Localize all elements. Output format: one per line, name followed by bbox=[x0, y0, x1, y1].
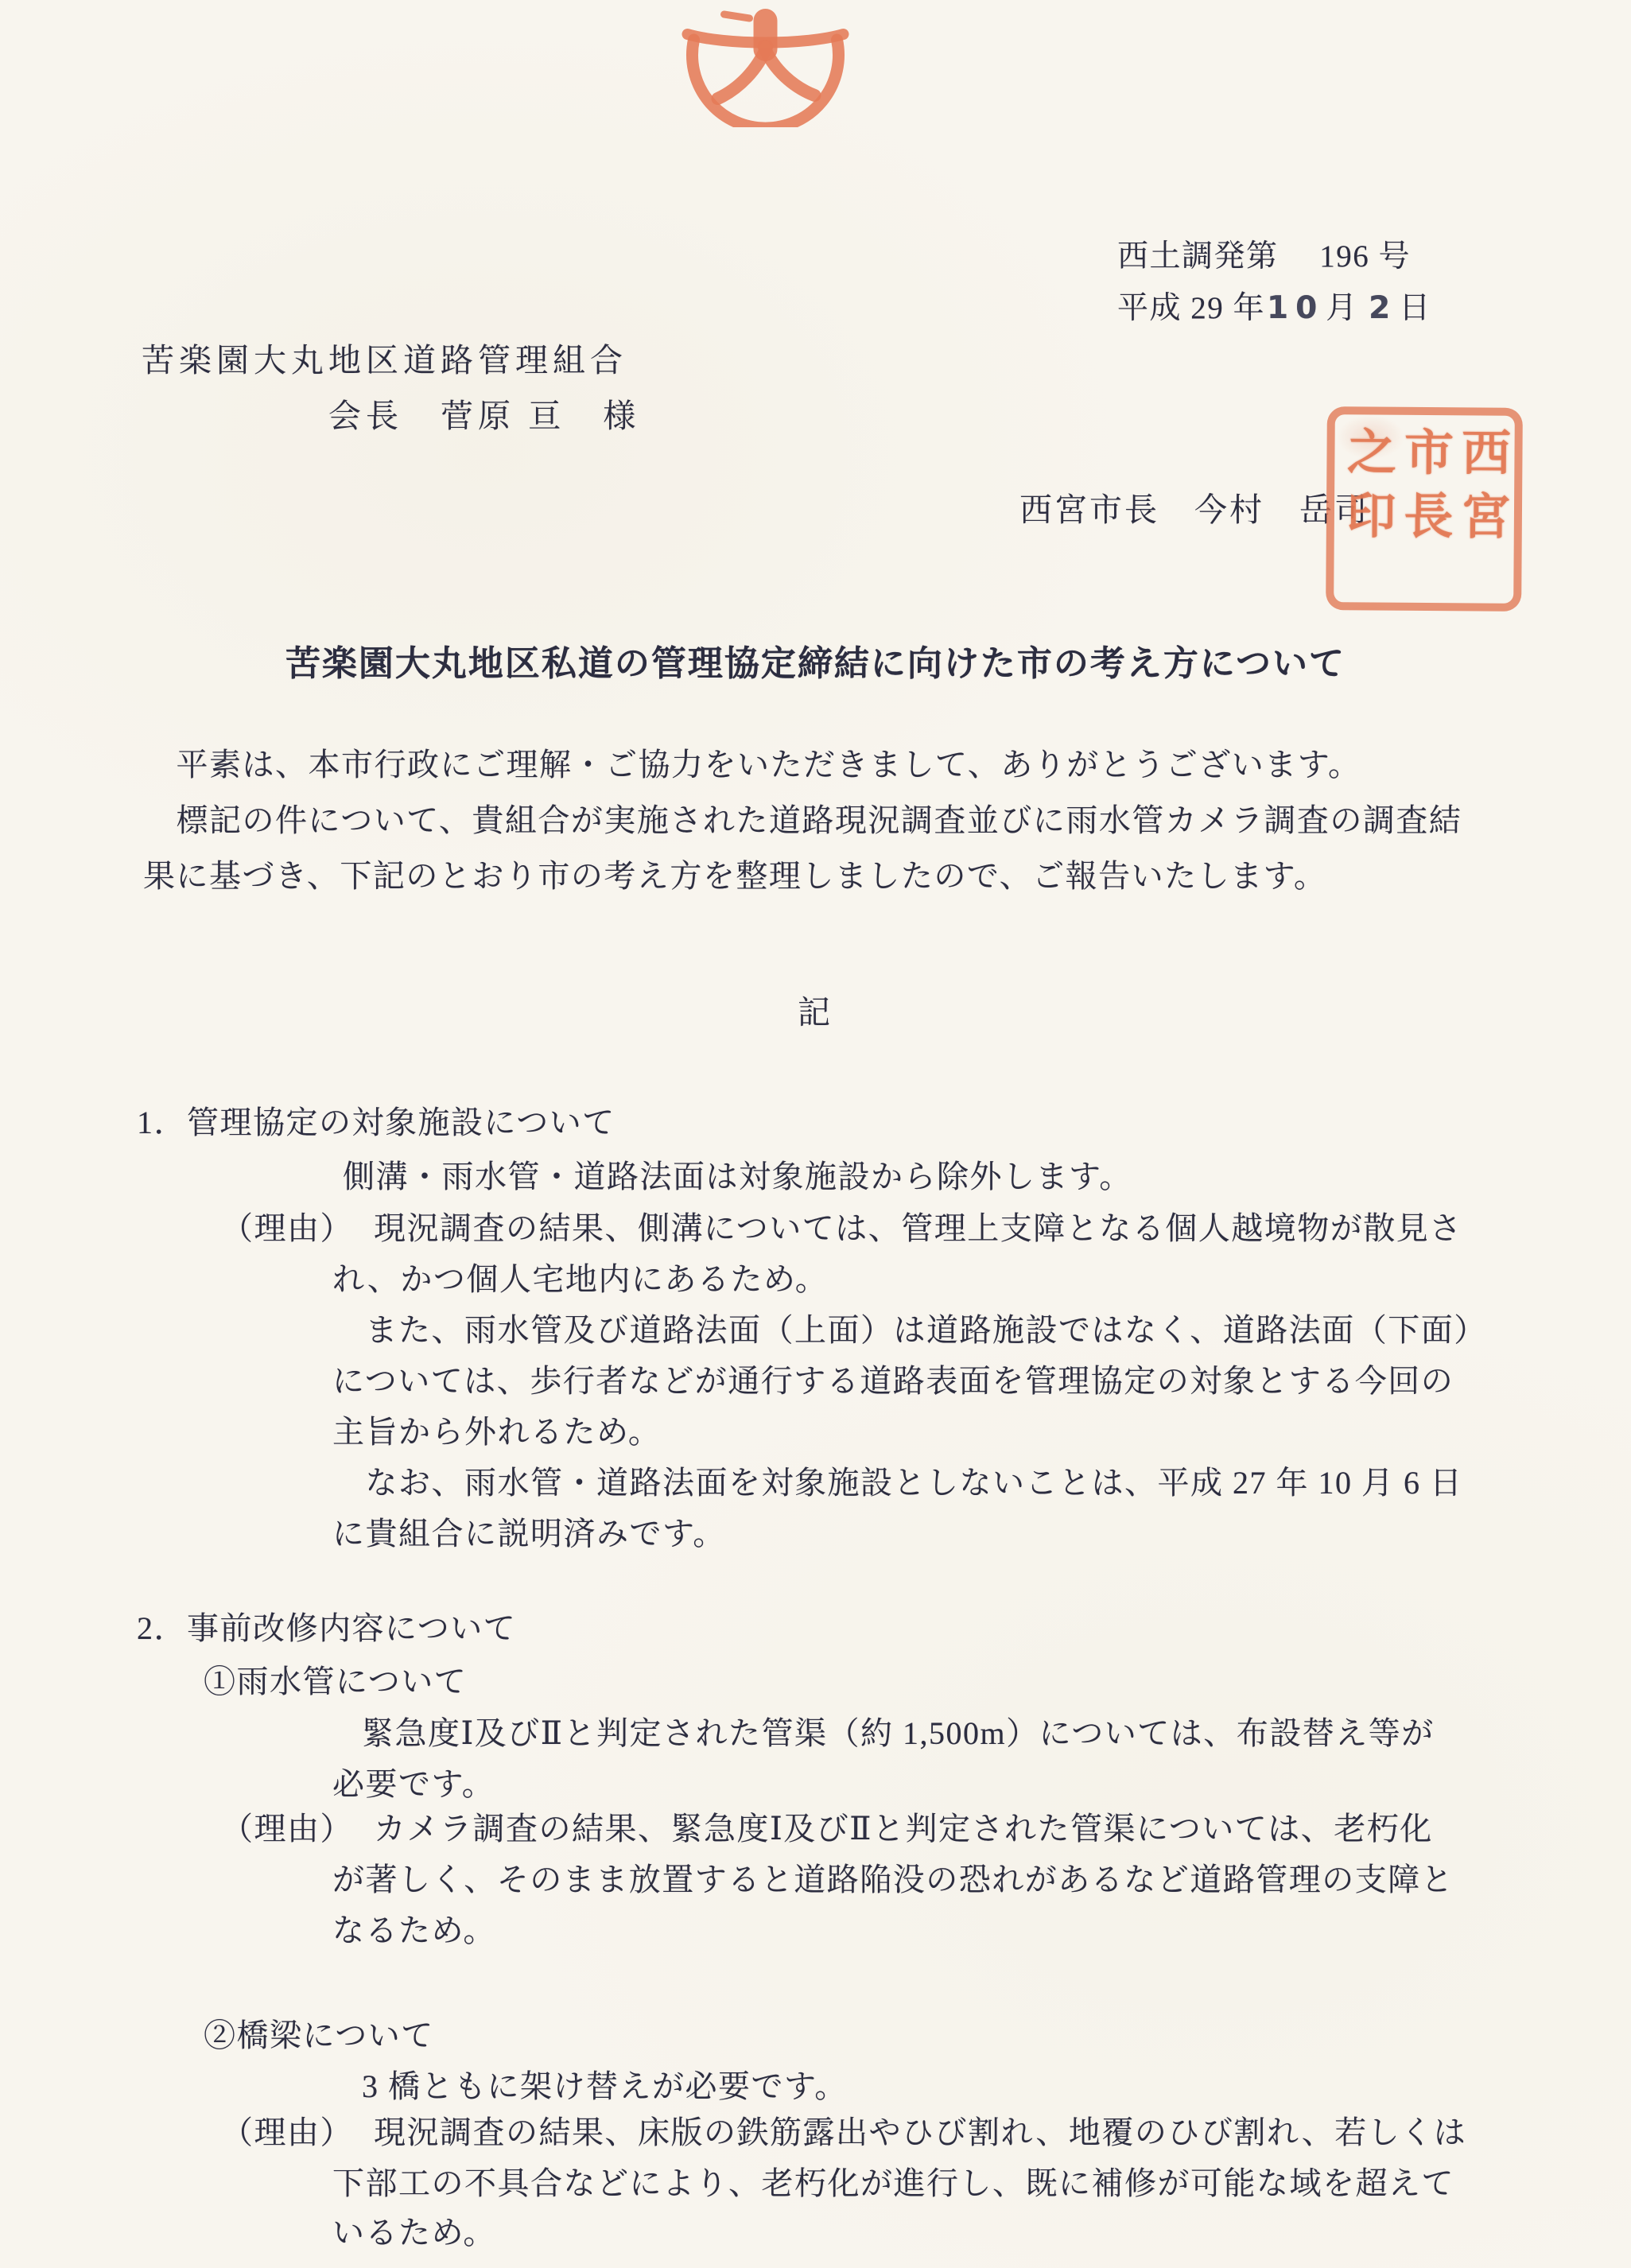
section1-heading: 1．管理協定の対象施設について bbox=[137, 1097, 616, 1143]
greeting-line-1: 平素は、本市行政にご理解・ご協力をいただきまして、ありがとうございます。 bbox=[143, 740, 1361, 785]
mayor-seal-text: 西宮市長之印 bbox=[1342, 425, 1509, 576]
document-title: 苦楽園大丸地区私道の管理協定締結に向けた市の考え方について bbox=[0, 635, 1631, 685]
section2-sub1-reason-line: なるため。 bbox=[332, 1905, 496, 1951]
issue-date-day-number: 2 bbox=[1369, 290, 1397, 326]
section1-reason-label: （理由） bbox=[221, 1203, 353, 1249]
section2-sub1-reason-line: カメラ調査の結果、緊急度Ⅰ及びⅡと判定された管渠については、老朽化 bbox=[374, 1804, 1433, 1849]
issue-date-month-number: 10 bbox=[1267, 290, 1324, 326]
section2-sub2-reason-label: （理由） bbox=[221, 2107, 353, 2153]
city-crest-stamp-icon bbox=[676, 8, 855, 127]
section1-statement: 側溝・雨水管・道路法面は対象施設から除外します。 bbox=[343, 1151, 1132, 1197]
section2-sub1-statement-line: 緊急度Ⅰ及びⅡと判定された管渠（約 1,500m）については、布設替え等が bbox=[362, 1708, 1435, 1753]
section2-sub1-heading: ①雨水管について bbox=[204, 1656, 467, 1702]
recipient-person: 会長 菅原 亘 様 bbox=[328, 390, 640, 437]
mayor-square-seal-icon: 西宮市長之印 bbox=[1326, 406, 1523, 612]
section1-reason-line: 主旨から外れるため。 bbox=[332, 1407, 661, 1452]
section1-reason-line: については、歩行者などが通行する道路表面を管理協定の対象とする今回の bbox=[332, 1356, 1454, 1401]
scanned-letter-page: 西土調発第 196 号 平成 29 年10月 2日 苦楽園大丸地区道路管理組合 … bbox=[0, 0, 1631, 2268]
section2-sub1-reason-label: （理由） bbox=[221, 1804, 353, 1849]
ki-marker: 記 bbox=[0, 986, 1631, 1033]
section1-reason-line: また、雨水管及び道路法面（上面）は道路施設ではなく、道路法面（下面） bbox=[332, 1305, 1487, 1350]
recipient-organization: 苦楽園大丸地区道路管理組合 bbox=[142, 334, 627, 381]
greeting-line-3: 果に基づき、下記のとおり市の考え方を整理しましたので、ご報告いたします。 bbox=[143, 851, 1326, 896]
issue-date-month-label: 月 bbox=[1326, 291, 1358, 325]
section2-sub2-reason-line: いるため。 bbox=[332, 2208, 496, 2253]
section1-reason-line: れ、かつ個人宅地内にあるため。 bbox=[332, 1254, 828, 1299]
issue-date-era: 平成 29 年 bbox=[1117, 291, 1265, 325]
section2-heading: 2．事前改修内容について bbox=[137, 1603, 516, 1649]
greeting-line-2: 標記の件について、貴組合が実施された道路現況調査並びに雨水管カメラ調査の調査結 bbox=[143, 795, 1462, 841]
section2-sub2-heading: ②橋梁について bbox=[204, 2010, 434, 2056]
section1-reason-line: に貴組合に説明済みです。 bbox=[332, 1509, 726, 1554]
section2-sub2-statement-line: 3 橋ともに架け替えが必要です。 bbox=[362, 2061, 848, 2107]
issue-date: 平成 29 年10月 2日 bbox=[1117, 283, 1431, 328]
doc-number: 西土調発第 196 号 bbox=[1117, 231, 1411, 276]
section2-sub2-reason-line: 現況調査の結果、床版の鉄筋露出やひび割れ、地覆のひび割れ、若しくは bbox=[374, 2107, 1466, 2153]
sender-name: 西宮市長 今村 岳司 bbox=[1019, 484, 1369, 530]
section1-reason-line: なお、雨水管・道路法面を対象施設としないことは、平成 27 年 10 月 6 日 bbox=[332, 1458, 1463, 1503]
section2-sub1-statement-line: 必要です。 bbox=[332, 1759, 495, 1804]
section2-sub1-reason-line: が著しく、そのまま放置すると道路陥没の恐れがあるなど道路管理の支障と bbox=[332, 1854, 1454, 1900]
section2-sub2-reason-line: 下部工の不具合などにより、老朽化が進行し、既に補修が可能な域を超えて bbox=[332, 2158, 1454, 2204]
section1-reason-line: 現況調査の結果、側溝については、管理上支障となる個人越境物が散見さ bbox=[374, 1203, 1462, 1249]
issue-date-day-label: 日 bbox=[1399, 291, 1431, 325]
